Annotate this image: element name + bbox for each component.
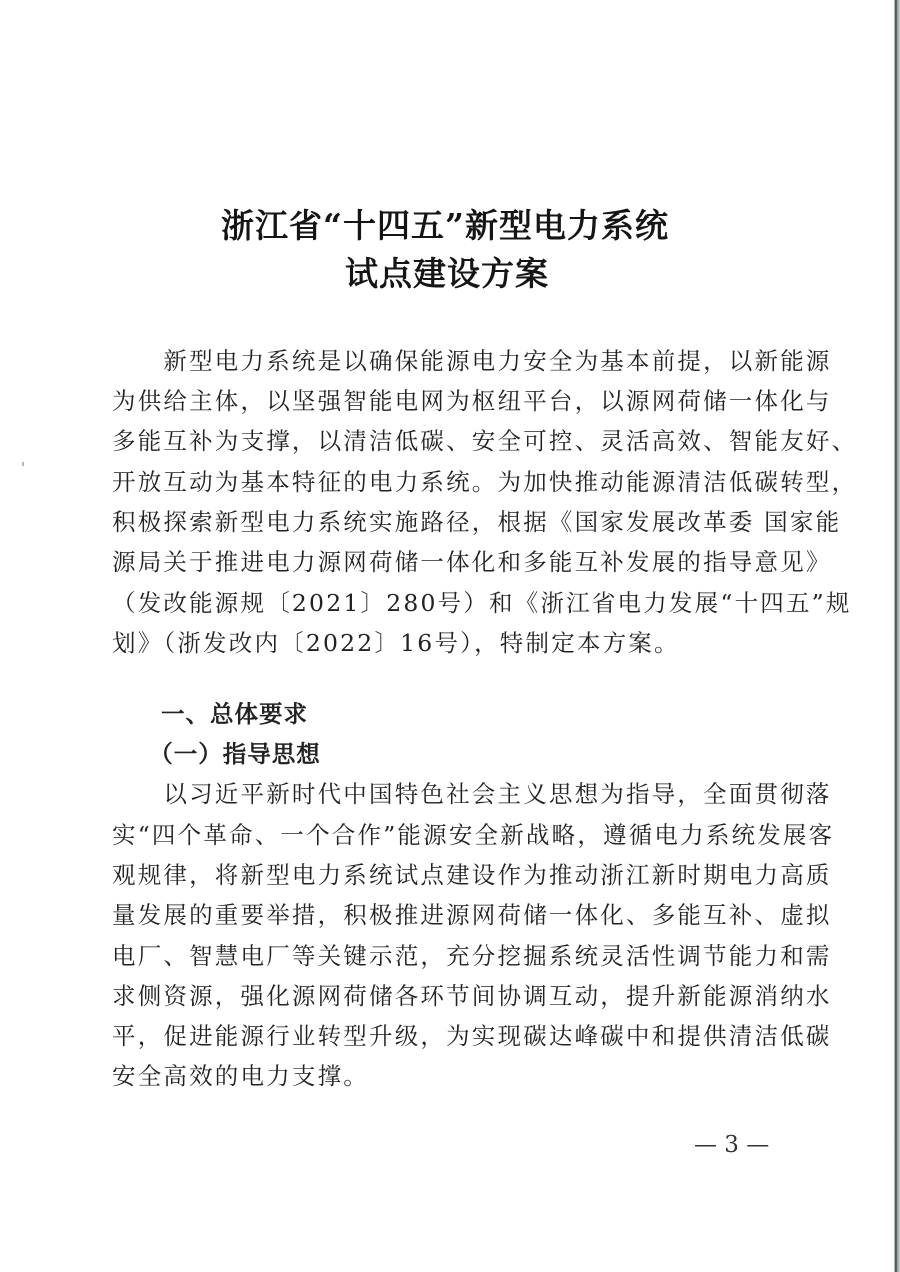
paragraph-line: 平，促进能源行业转型升级，为实现碳达峰碳中和提供清洁低碳 — [112, 1021, 792, 1051]
paragraph-line: 求侧资源，强化源网荷储各环节间协调互动，提升新能源消纳水 — [112, 981, 792, 1011]
page-number: — 3 — — [694, 1130, 804, 1160]
subsection-heading: （一）指导思想 — [112, 739, 792, 769]
document-page: 浙江省“十四五”新型电力系统 试点建设方案 新型电力系统是以确保能源电力安全为基… — [0, 0, 894, 1272]
section-heading: 一、总体要求 — [112, 699, 792, 729]
scan-speck — [22, 462, 24, 466]
paragraph-line: 多能互补为支撑，以清洁低碳、安全可控、灵活高效、智能友好、 — [112, 426, 792, 456]
document-title-line-2: 试点建设方案 — [0, 254, 894, 294]
paragraph-line: 源局关于推进电力源网荷储一体化和多能互补发展的指导意见》 — [112, 547, 792, 577]
paragraph-line: 量发展的重要举措，积极推进源网荷储一体化、多能互补、虚拟 — [112, 900, 792, 930]
paragraph-line: 开放互动为基本特征的电力系统。为加快推动能源清洁低碳转型， — [112, 467, 792, 497]
paragraph-line: 实“四个革命、一个合作”能源安全新战略，遵循电力系统发展客 — [112, 820, 792, 850]
paragraph-line: 电厂、智慧电厂等关键示范，充分挖掘系统灵活性调节能力和需 — [112, 941, 792, 971]
paragraph-line: 为供给主体，以坚强智能电网为枢纽平台，以源网荷储一体化与 — [112, 386, 792, 416]
document-title-line-1: 浙江省“十四五”新型电力系统 — [0, 206, 892, 246]
scanned-page-edge — [894, 0, 900, 1272]
paragraph-line: 划》（浙发改内〔2022〕16号），特制定本方案。 — [112, 628, 792, 658]
paragraph-line: 安全高效的电力支撑。 — [112, 1061, 792, 1091]
paragraph-line: 新型电力系统是以确保能源电力安全为基本前提，以新能源 — [112, 346, 792, 376]
paragraph-line: 观规律，将新型电力系统试点建设作为推动浙江新时期电力高质 — [112, 860, 792, 890]
paragraph-line: （发改能源规〔2021〕280号）和《浙江省电力发展“十四五”规 — [112, 588, 792, 618]
paragraph-line: 积极探索新型电力系统实施路径，根据《国家发展改革委 国家能 — [112, 507, 792, 537]
paragraph-line: 以习近平新时代中国特色社会主义思想为指导，全面贯彻落 — [112, 779, 792, 809]
